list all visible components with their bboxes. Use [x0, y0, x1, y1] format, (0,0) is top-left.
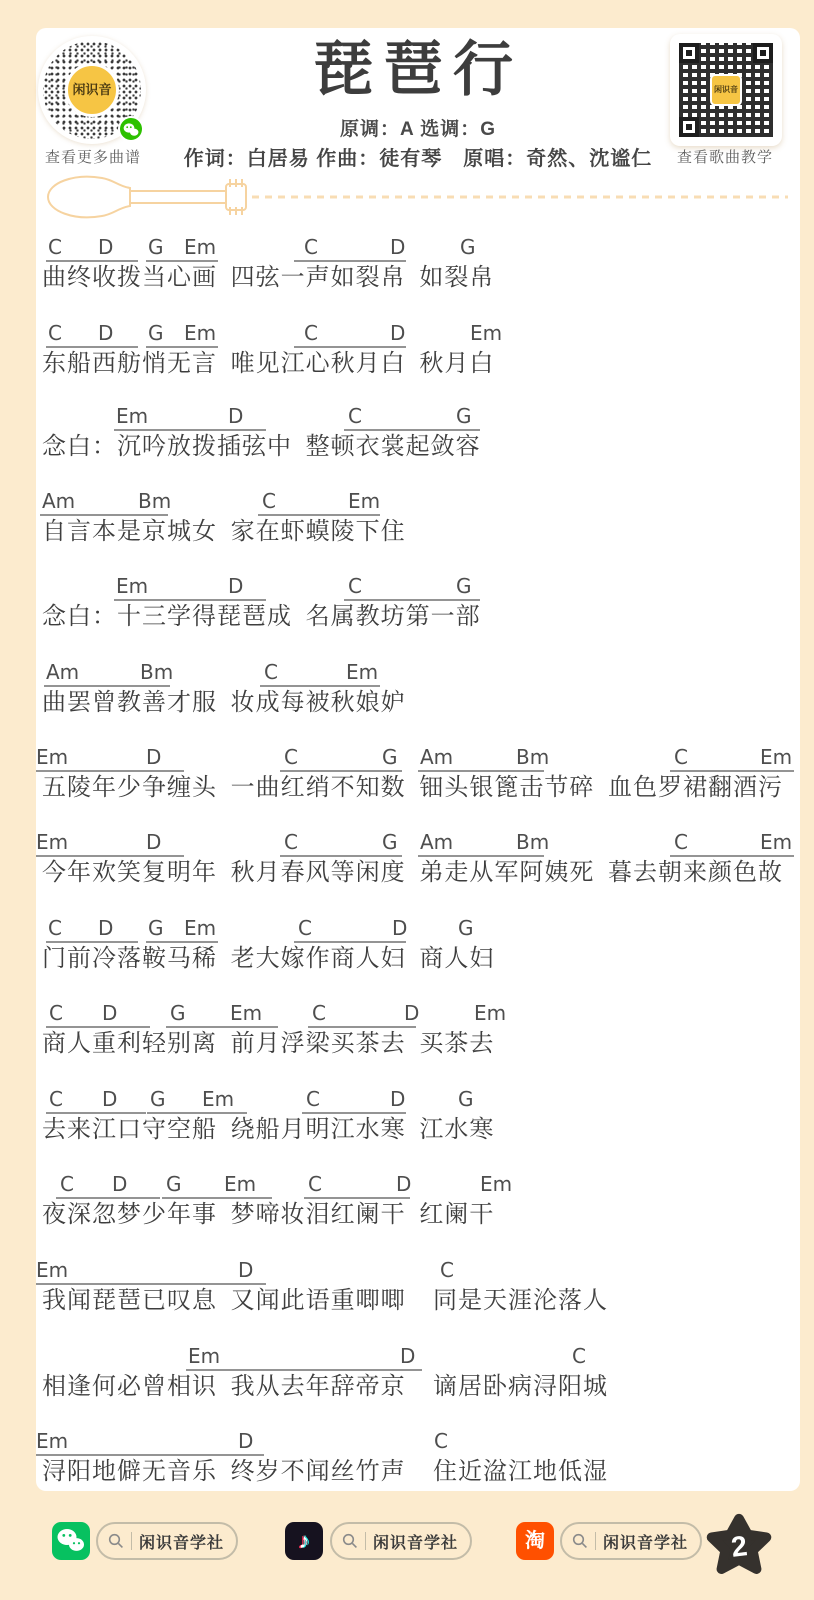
chord-underline [294, 260, 406, 262]
footer-bar: 闲识音学社 ♪ 闲识音学社 淘 闲识音学社 2 [0, 1516, 814, 1586]
chord-underline [114, 429, 266, 431]
lyric-line: 念白：沉吟放拨插弦中 整顿衣裳起敛容 [42, 432, 481, 462]
chord-label: Em [224, 1173, 256, 1195]
chord-underline [260, 685, 380, 687]
chord-label: Em [184, 917, 216, 939]
lyric-line: 浔阳地僻无音乐 终岁不闻丝竹声 住近湓江地低湿 [42, 1457, 608, 1487]
chord-label: G [456, 575, 472, 597]
chord-label: G [166, 1173, 182, 1195]
chord-label: C [674, 746, 688, 768]
chord-label: Am [42, 490, 75, 512]
chord-label: C [304, 322, 318, 344]
chord-label: Em [480, 1173, 512, 1195]
chord-underline [46, 346, 138, 348]
chord-label: D [98, 322, 113, 344]
chord-underline [308, 1026, 416, 1028]
chord-label: Em [760, 831, 792, 853]
chord-underline [36, 1454, 264, 1456]
chord-underline [418, 770, 544, 772]
chord-label: G [148, 322, 164, 344]
wechat-search-box[interactable]: 闲识音学社 [96, 1522, 238, 1560]
sheet-line: CDGEmCDG曲终收拨当心画 四弦一声如裂帛 如裂帛 [36, 236, 800, 294]
sheet-line: EmDC浔阳地僻无音乐 终岁不闻丝竹声 住近湓江地低湿 [36, 1430, 800, 1488]
chord-underline [46, 1112, 146, 1114]
chord-label: D [396, 1173, 411, 1195]
chord-underline [280, 770, 402, 772]
taobao-app-icon: 淘 [516, 1522, 554, 1560]
chord-underline [146, 260, 218, 262]
chord-label: C [49, 1088, 63, 1110]
chord-label: D [146, 746, 161, 768]
sheet-line: AmBmCEm曲罢曾教善才服 妆成每被秋娘妒 [36, 661, 800, 719]
chord-label: Am [46, 661, 79, 683]
chord-label: G [458, 1088, 474, 1110]
chord-label: Em [184, 322, 216, 344]
lyric-line: 五陵年少争缠头 一曲红绡不知数 钿头银篦击节碎 血色罗裙翻酒污 [42, 773, 783, 803]
chord-underline [44, 685, 170, 687]
douyin-app-icon: ♪ [285, 1522, 323, 1560]
chord-underline [56, 1197, 160, 1199]
chord-underline [302, 1112, 406, 1114]
lyric-line: 商人重利轻别离 前月浮梁买茶去 买茶去 [42, 1029, 494, 1059]
lyric-line: 去来江口守空船 绕船月明江水寒 江水寒 [42, 1115, 494, 1145]
lyric-line: 自言本是京城女 家在虾蟆陵下住 [42, 517, 406, 547]
chord-label: G [460, 236, 476, 258]
chord-label: Em [230, 1002, 262, 1024]
sheet-line: EmDC相逢何必曾相识 我从去年辞帝京 谪居卧病浔阳城 [36, 1345, 800, 1403]
chord-label: G [382, 746, 398, 768]
lyric-line: 曲罢曾教善才服 妆成每被秋娘妒 [42, 688, 406, 718]
chord-label: Em [346, 661, 378, 683]
sheet-line: EmDCGAmBmCEm今年欢笑复明年 秋月春风等闲度 弟走从军阿姨死 暮去朝来… [36, 831, 800, 889]
lyric-line: 我闻琵琶已叹息 又闻此语重唧唧 同是天涯沦落人 [42, 1286, 608, 1316]
star-logo-icon: 2 [704, 1510, 774, 1580]
chord-label: D [112, 1173, 127, 1195]
chord-label: D [390, 236, 405, 258]
chord-label: D [228, 405, 243, 427]
chord-label: D [98, 236, 113, 258]
chord-label: G [458, 917, 474, 939]
chord-label: Em [760, 746, 792, 768]
lyric-line: 相逢何必曾相识 我从去年辞帝京 谪居卧病浔阳城 [42, 1372, 608, 1402]
chord-label: G [150, 1088, 166, 1110]
chord-label: Bm [516, 746, 549, 768]
search-text: 闲识音学社 [139, 1530, 224, 1553]
search-text: 闲识音学社 [603, 1530, 688, 1553]
chord-label: D [98, 917, 113, 939]
chord-label: Em [184, 236, 216, 258]
chord-label: C [49, 1002, 63, 1024]
lyric-line: 东船西舫悄无言 唯见江心秋月白 秋月白 [42, 349, 494, 379]
search-icon [108, 1533, 124, 1549]
chord-underline [258, 514, 380, 516]
chord-label: C [348, 405, 362, 427]
chord-label: Bm [138, 490, 171, 512]
chord-label: Em [202, 1088, 234, 1110]
chord-label: C [572, 1345, 586, 1367]
search-icon [342, 1533, 358, 1549]
chord-label: Em [188, 1345, 220, 1367]
chord-label: Am [420, 831, 453, 853]
chord-label: C [284, 831, 298, 853]
chord-label: C [262, 490, 276, 512]
chord-underline [304, 1197, 410, 1199]
search-divider [595, 1532, 596, 1550]
sheet-line: CDGEmCDG门前冷落鞍马稀 老大嫁作商人妇 商人妇 [36, 917, 800, 975]
chord-underline [162, 1197, 272, 1199]
chord-label: G [148, 236, 164, 258]
chord-label: Em [116, 575, 148, 597]
search-text: 闲识音学社 [373, 1530, 458, 1553]
douyin-note-icon: ♪ [285, 1522, 323, 1560]
chord-label: Bm [140, 661, 173, 683]
chord-underline [46, 260, 138, 262]
chord-label: C [48, 236, 62, 258]
chord-label: Am [420, 746, 453, 768]
chord-label: D [228, 575, 243, 597]
sheet-card: 琵琶行 原调：A 选调：G 作词：白居易 作曲：徒有琴 原唱：奇然、沈谧仁 闲识… [36, 28, 800, 1491]
search-divider [365, 1532, 366, 1550]
chord-label: G [456, 405, 472, 427]
chord-lines: CDGEmCDG曲终收拨当心画 四弦一声如裂帛 如裂帛CDGEmCDEm东船西舫… [36, 28, 800, 1491]
chord-underline [36, 855, 184, 857]
lyric-line: 夜深忽梦少年事 梦啼妆泪红阑干 红阑干 [42, 1200, 494, 1230]
chord-underline [670, 855, 794, 857]
sheet-line: EmDCG念白：沉吟放拨插弦中 整顿衣裳起敛容 [36, 405, 800, 463]
sheet-line: CDGEmCDEm商人重利轻别离 前月浮梁买茶去 买茶去 [36, 1002, 800, 1060]
chord-label: Em [36, 746, 68, 768]
chord-label: D [404, 1002, 419, 1024]
chord-label: Em [36, 1430, 68, 1452]
sheet-line: EmDCGAmBmCEm五陵年少争缠头 一曲红绡不知数 钿头银篦击节碎 血色罗裙… [36, 746, 800, 804]
lyric-line: 曲终收拨当心画 四弦一声如裂帛 如裂帛 [42, 263, 494, 293]
chord-underline [418, 855, 544, 857]
chord-label: D [238, 1430, 253, 1452]
chord-underline [40, 514, 168, 516]
chord-label: Bm [516, 831, 549, 853]
chord-label: C [434, 1430, 448, 1452]
chord-underline [36, 770, 184, 772]
douyin-search-box[interactable]: 闲识音学社 [330, 1522, 472, 1560]
chord-label: D [390, 1088, 405, 1110]
chord-underline [46, 1026, 150, 1028]
chord-label: C [48, 322, 62, 344]
chord-label: C [60, 1173, 74, 1195]
lyric-line: 念白：十三学得琵琶成 名属教坊第一部 [42, 602, 481, 632]
chord-underline [146, 941, 218, 943]
lyric-line: 门前冷落鞍马稀 老大嫁作商人妇 商人妇 [42, 944, 494, 974]
chord-underline [146, 346, 218, 348]
chord-label: C [674, 831, 688, 853]
chord-underline [344, 429, 480, 431]
sheet-line: EmDC我闻琵琶已叹息 又闻此语重唧唧 同是天涯沦落人 [36, 1259, 800, 1317]
chord-label: G [170, 1002, 186, 1024]
chord-label: D [392, 917, 407, 939]
chord-label: C [264, 661, 278, 683]
chord-underline [147, 1112, 247, 1114]
chord-label: D [102, 1088, 117, 1110]
chord-label: C [298, 917, 312, 939]
search-icon [572, 1533, 588, 1549]
chord-underline [36, 1283, 266, 1285]
chord-label: C [284, 746, 298, 768]
chord-label: Em [474, 1002, 506, 1024]
chord-underline [166, 1026, 278, 1028]
chord-label: C [312, 1002, 326, 1024]
chord-label: D [146, 831, 161, 853]
search-divider [131, 1532, 132, 1550]
chord-label: G [382, 831, 398, 853]
chord-label: C [308, 1173, 322, 1195]
chord-label: D [102, 1002, 117, 1024]
chord-underline [344, 599, 480, 601]
chord-underline [186, 1369, 422, 1371]
chord-underline [294, 346, 406, 348]
chord-label: C [348, 575, 362, 597]
sheet-line: CDGEmCDG去来江口守空船 绕船月明江水寒 江水寒 [36, 1088, 800, 1146]
chord-underline [46, 941, 138, 943]
chord-label: Em [470, 322, 502, 344]
chord-label: D [390, 322, 405, 344]
chord-label: C [304, 236, 318, 258]
lyric-line: 今年欢笑复明年 秋月春风等闲度 弟走从军阿姨死 暮去朝来颜色故 [42, 858, 783, 888]
chord-label: C [48, 917, 62, 939]
chord-label: D [400, 1345, 415, 1367]
chord-label: Em [36, 831, 68, 853]
chord-underline [114, 599, 266, 601]
sheet-line: CDGEmCDEm东船西舫悄无言 唯见江心秋月白 秋月白 [36, 322, 800, 380]
chord-underline [670, 770, 794, 772]
chord-label: D [238, 1259, 253, 1281]
chord-underline [280, 855, 402, 857]
chord-label: C [440, 1259, 454, 1281]
chord-label: C [306, 1088, 320, 1110]
chord-label: G [148, 917, 164, 939]
sheet-line: EmDCG念白：十三学得琵琶成 名属教坊第一部 [36, 575, 800, 633]
wechat-app-icon [52, 1522, 90, 1560]
chord-label: Em [348, 490, 380, 512]
chord-underline [294, 941, 406, 943]
taobao-search-box[interactable]: 闲识音学社 [560, 1522, 702, 1560]
chord-sheet-page: { "colors":{ "bg":"#fcebce","card":"#fff… [0, 0, 814, 1600]
sheet-line: CDGEmCDEm夜深忽梦少年事 梦啼妆泪红阑干 红阑干 [36, 1173, 800, 1231]
chord-label: Em [36, 1259, 68, 1281]
sheet-line: AmBmCEm自言本是京城女 家在虾蟆陵下住 [36, 490, 800, 548]
chord-label: Em [116, 405, 148, 427]
